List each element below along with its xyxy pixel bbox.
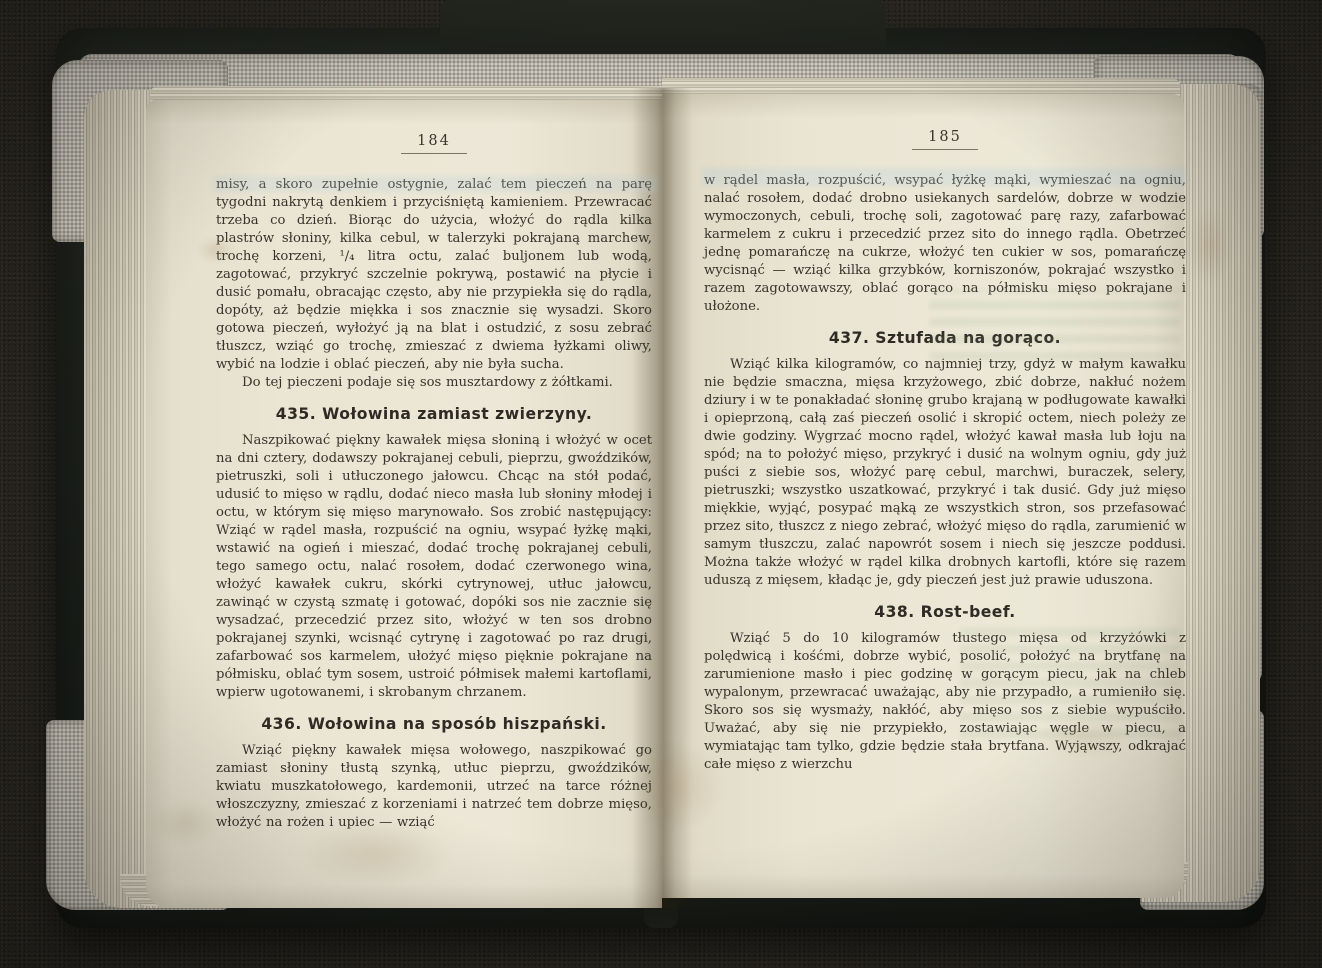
page-number-left: 184 [401,133,467,154]
paragraph: Wziąć kilka kilogramów, co najmniej trzy… [704,356,1186,590]
page-number-right: 185 [912,129,978,150]
recipe-heading-436: 436. Wołowina na sposób hiszpański. [216,715,652,733]
page-left-text-block: 184 misy, a skoro zupełnie ostygnie, zal… [216,130,652,832]
page-number-row: 185 [704,126,1186,150]
paragraph: Wziąć 5 do 10 kilogramów tłustego mięsa … [704,630,1186,774]
paragraph: Naszpikować piękny kawałek mięsa słoniną… [216,432,652,702]
paragraph-continuation: misy, a skoro zupełnie ostygnie, zalać t… [216,176,652,374]
paragraph-continuation: w rądel masła, rozpuścić, wsypać łyżkę m… [704,172,1186,316]
page-right: 185 w rądel masła, rozpuścić, wsypać łyż… [662,94,1184,898]
recipe-heading-435: 435. Wołowina zamiast zwierzyny. [216,405,652,423]
paragraph: Wziąć piękny kawałek mięsa wołowego, nas… [216,742,652,832]
recipe-heading-438: 438. Rost-beef. [704,603,1186,621]
photo-background: 184 misy, a skoro zupełnie ostygnie, zal… [0,0,1322,968]
page-number-row: 184 [216,130,652,154]
paragraph: Do tej pieczeni podaje się sos musztardo… [216,374,652,392]
page-left: 184 misy, a skoro zupełnie ostygnie, zal… [146,100,662,908]
page-right-text-block: 185 w rądel masła, rozpuścić, wsypać łyż… [704,126,1186,774]
recipe-heading-437: 437. Sztufada na gorąco. [704,329,1186,347]
